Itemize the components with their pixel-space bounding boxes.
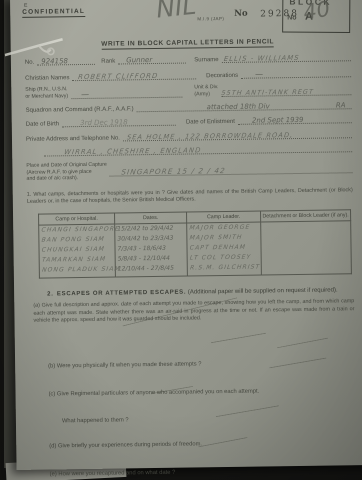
christian-names-label: Christian Names [25,75,72,82]
christian-names-value: ROBERT CLIFFORD [78,72,159,81]
dob-field: 3rd Dec 1918 [62,116,176,128]
camps-table-body: CHANGI SINGAPORE BAN PONG SIAM CHUNGKAI … [39,221,352,278]
question-2-heading: 2. ESCAPES OR ATTEMPTED ESCAPES. (Additi… [47,288,354,298]
question-2b-text: (b) Were you physically fit when you mad… [48,360,355,370]
camps-table: Camp or Hospital. Dates. Camp Leader. De… [38,209,352,279]
capture-field: SINGAPORE 15 / 2 / 42 [110,163,353,176]
address-field-line2: WIRRAL , CHESHIRE , ENGLAND [44,142,352,156]
address-label: Private Address and Telephone No. [26,135,123,142]
dob-value: 3rd Dec 1918 [80,118,128,127]
enlistment-label: Date of Enlistment [176,119,238,126]
capture-label: Place and Date of Original Capture (Airc… [26,162,110,183]
ship-value: — [81,90,89,99]
dates-column: 15/2/42 to 29/4/42 30/4/42 to 23/3/43 7/… [115,223,188,277]
rank-label: Rank [95,58,118,64]
form-row-unit: Ship (R.N., U.S.N. or Merchant Navy) — U… [25,82,351,100]
decorations-label: Decorations [196,73,241,80]
christian-names-field: ROBERT CLIFFORD [72,69,196,81]
form-row-capture: Place and Date of Original Capture (Airc… [26,158,352,182]
q2-note: (Additional paper will be supplied on re… [188,288,338,296]
surname-field: ELLIS - WILLIAMS [222,51,351,63]
camp-entry: NONG PLADUK SIAM [41,266,115,277]
dob-label: Date of Birth [26,121,62,128]
detachment-entry [264,263,351,274]
form-row-squadron: Squadron and Command (R.A.F., A.A.F.) at… [25,99,351,114]
form-row-address-2: WIRRAL , CHESHIRE , ENGLAND [26,142,352,157]
unit-label: Unit & Div. (Army) [194,84,221,97]
enlistment-field: 2nd Sept 1939 [238,113,352,125]
form-row-address: Private Address and Telephone No. SEA HO… [26,128,352,143]
unit-value: 55TH ANTI-TANK REGT [221,88,315,97]
address-field-line1: SEA HOLME , 122 BORROWDALE ROAD, [123,128,352,141]
q2-title: ESCAPES OR ATTEMPTED ESCAPES. [57,290,186,298]
question-2c-followup-text: What happened to them ? [62,415,356,425]
question-2c-text: (c) Give Regimental particulars of anyon… [49,388,356,398]
unit-half: Unit & Div. (Army) 55TH ANTI-TANK REGT [194,82,351,97]
camp-column: CHANGI SINGAPORE BAN PONG SIAM CHUNGKAI … [39,224,116,278]
capture-value: SINGAPORE 15 / 2 / 42 [121,166,226,176]
decorations-field: — [241,67,351,79]
form-row-dates: Date of Birth 3rd Dec 1918 Date of Enlis… [26,113,352,128]
rank-field: Gunner [118,54,186,65]
surname-label: Surname [186,57,221,63]
squadron-value-right: RA [336,101,346,109]
dates-entry: 12/10/44 - 27/8/45 [118,265,187,276]
detachment-column [261,221,352,275]
question-2a-text: (a) Give full description and approx. da… [33,299,354,325]
ship-half: Ship (R.N., U.S.N. or Merchant Navy) — [25,85,182,100]
surname-value: ELLIS - WILLIAMS [223,54,300,63]
document-tie-string-icon [5,32,76,73]
photographed-document: E CONFIDENTIAL NIL M.I.9 (JAP) No 29288 … [0,0,362,480]
unit-field: 55TH ANTI-TANK REGT [221,85,351,97]
squadron-value: attached 18th Div [207,102,270,111]
squadron-label: Squadron and Command (R.A.F., A.A.F.) [26,106,137,114]
leader-column: MAJOR GEORGE MAJOR SMITH CAPT DENHAM LT … [187,222,262,276]
decorations-value: — [255,69,263,78]
rank-value: Gunner [126,56,152,64]
ship-label: Ship (R.N., U.S.N. or Merchant Navy) [25,86,71,100]
question-2d-text: (d) Give briefly your experiences during… [49,440,356,450]
leader-entry: R.S.M. GILCHRIST [189,264,261,275]
squadron-field: attached 18th Div RA [137,99,352,112]
enlistment-value: 2nd Sept 1939 [252,116,304,125]
questionnaire-form-page: E CONFIDENTIAL NIL M.I.9 (JAP) No 29288 … [10,0,362,470]
ship-field: — [71,88,182,100]
address-value-line1: SEA HOLME , 122 BORROWDALE ROAD, [126,131,293,141]
address-value-line2: WIRRAL , CHESHIRE , ENGLAND [64,146,202,156]
question-1-text: 1. What camps, detachments or hospitals … [27,187,353,206]
